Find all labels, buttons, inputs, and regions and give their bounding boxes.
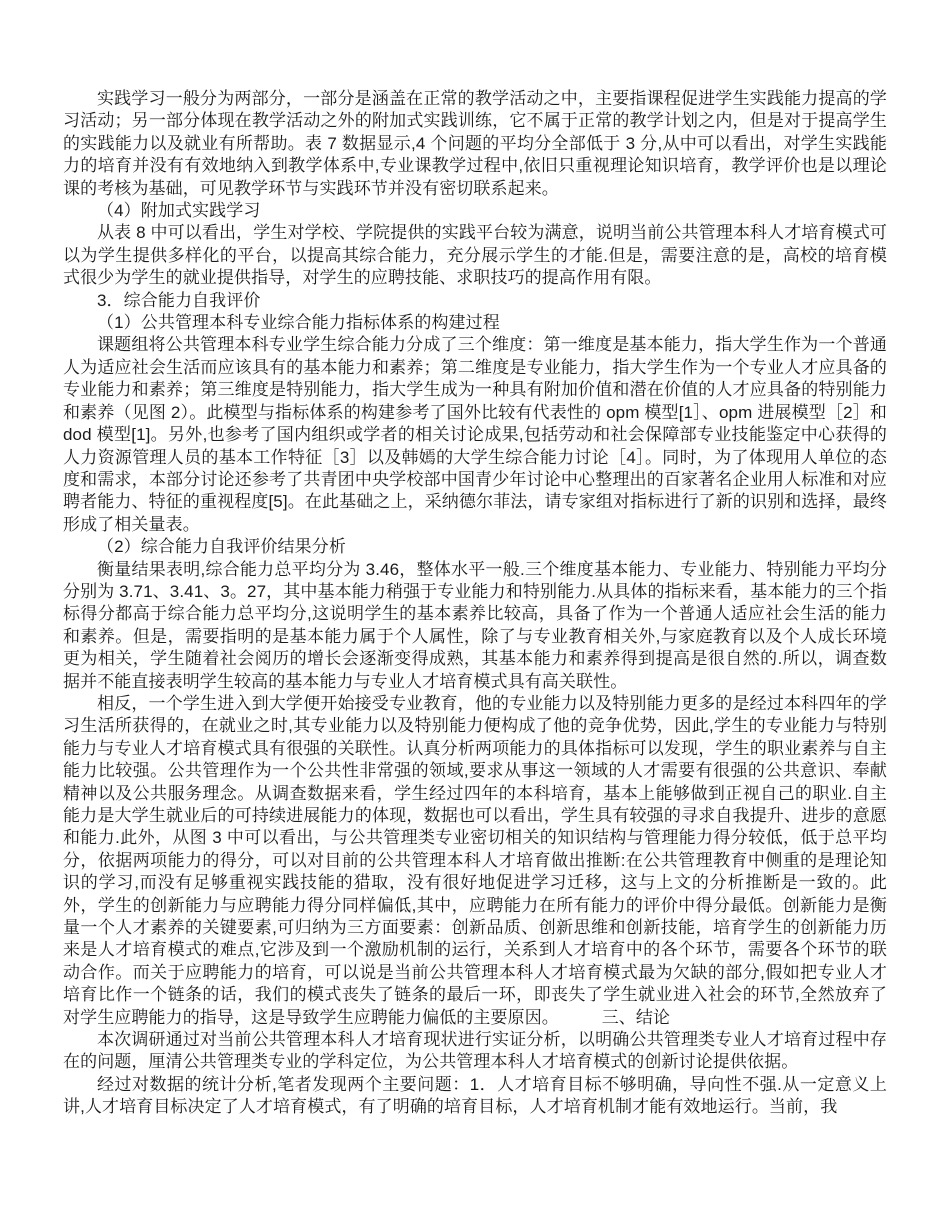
- paragraph-conclusion-purpose: 本次调研通过对当前公共管理本科人才培育现状进行实证分析，以明确公共管理类专业人才…: [63, 1029, 887, 1074]
- subheading-index-system: （1）公共管理本科专业综合能力指标体系的构建过程: [63, 312, 887, 334]
- paragraph-two-main-problems: 经过对数据的统计分析,笔者发现两个主要问题：1．人才培育目标不够明确，导向性不强…: [63, 1074, 887, 1119]
- paragraph-practice-learning: 实践学习一般分为两部分，一部分是涵盖在正常的教学活动之中，主要指课程促进学生实践…: [63, 88, 887, 200]
- document-text-block: 实践学习一般分为两部分，一部分是涵盖在正常的教学活动之中，主要指课程促进学生实践…: [63, 88, 887, 1119]
- paragraph-ability-correlation: 相反，一个学生进入到大学便开始接受专业教育，他的专业能力以及特别能力更多的是经过…: [63, 693, 887, 1029]
- subheading-result-analysis: （2）综合能力自我评价结果分析: [63, 536, 887, 558]
- document-page: 实践学习一般分为两部分，一部分是涵盖在正常的教学活动之中，主要指课程促进学生实践…: [0, 0, 950, 1230]
- subheading-self-evaluation: 3．综合能力自我评价: [63, 290, 887, 312]
- paragraph-score-results: 衡量结果表明,综合能力总平均分为 3.46，整体水平一般.三个维度基本能力、专业…: [63, 559, 887, 693]
- paragraph-practice-platform: 从表 8 中可以看出，学生对学校、学院提供的实践平台较为满意，说明当前公共管理本…: [63, 222, 887, 289]
- paragraph-three-dimensions: 课题组将公共管理本科专业学生综合能力分成了三个维度：第一维度是基本能力，指大学生…: [63, 334, 887, 536]
- subheading-additional-practice: （4）附加式实践学习: [63, 200, 887, 222]
